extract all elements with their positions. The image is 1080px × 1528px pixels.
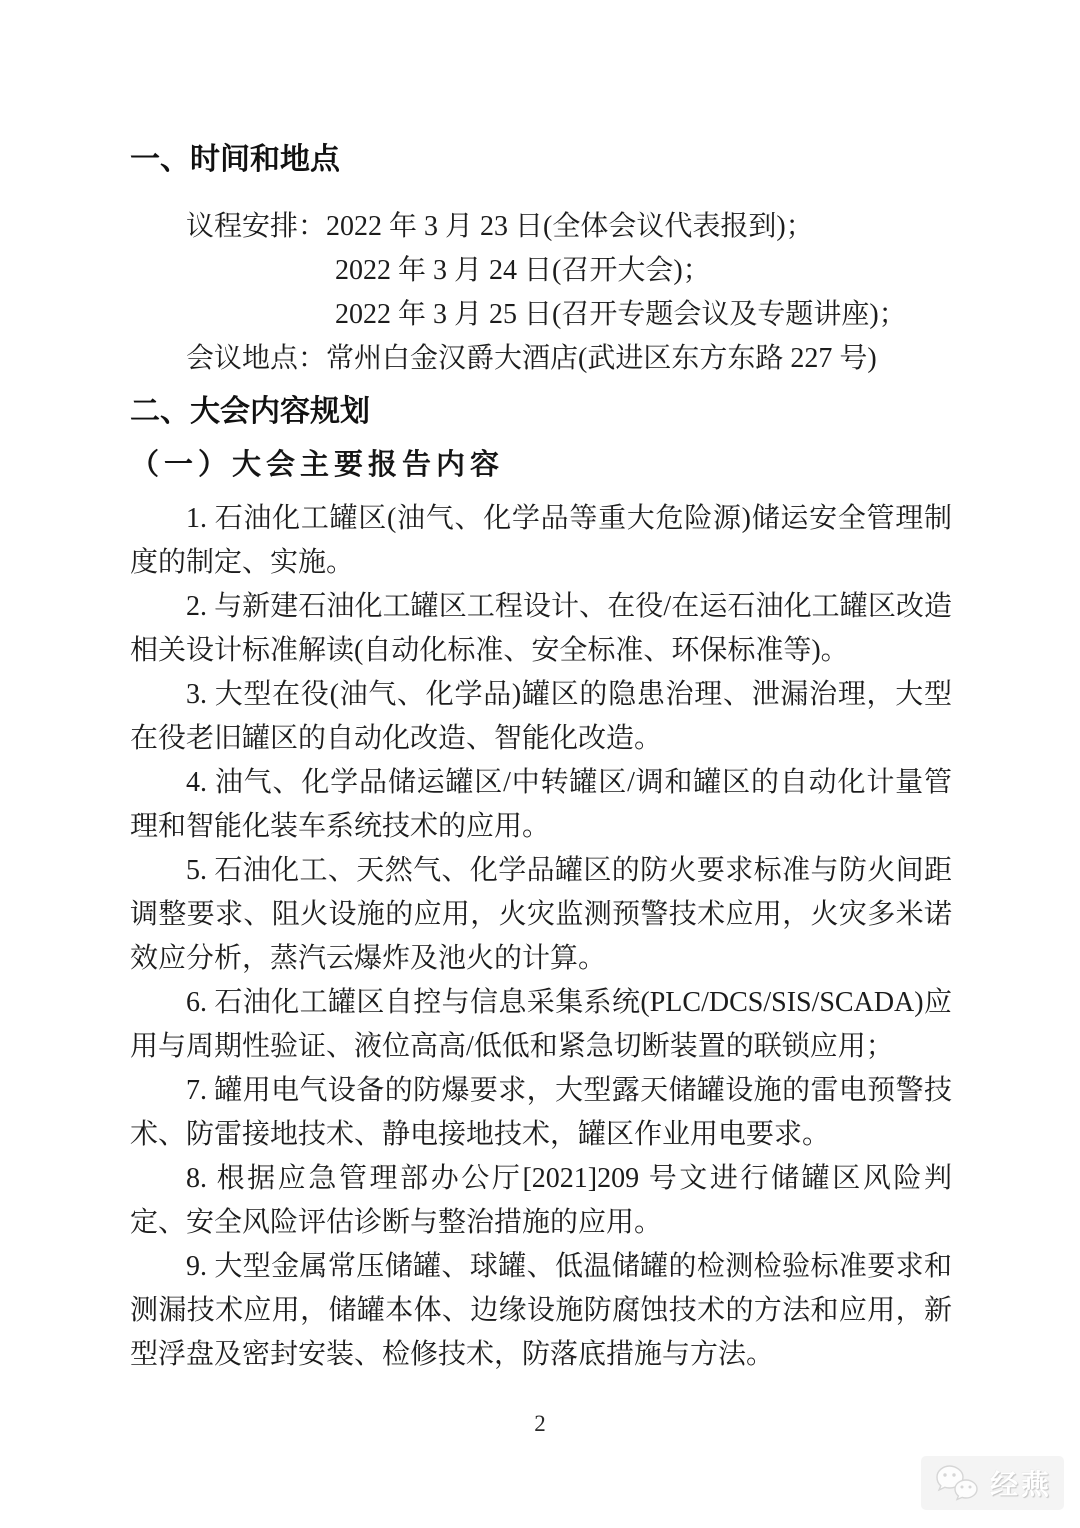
report-item-5: 5. 石油化工、天然气、化学品罐区的防火要求标准与防火间距调整要求、阻火设施的应… xyxy=(130,849,952,981)
report-item-1: 1. 石油化工罐区(油气、化学品等重大危险源)储运安全管理制度的制定、实施。 xyxy=(130,497,952,585)
section-heading-content-plan: 二、大会内容规划 xyxy=(130,395,952,429)
watermark-text: 经燕 xyxy=(990,1463,1052,1503)
report-item-2: 2. 与新建石油化工罐区工程设计、在役/在运石油化工罐区改造相关设计标准解读(自… xyxy=(130,585,952,673)
location-label: 会议地点： xyxy=(186,343,326,374)
schedule-item-3: 2022 年 3 月 25 日(召开专题会议及专题讲座)； xyxy=(335,293,952,337)
location-text: 常州白金汉爵大酒店(武进区东方东路 227 号) xyxy=(326,343,877,374)
report-item-6: 6. 石油化工罐区自控与信息采集系统(PLC/DCS/SIS/SCADA)应用与… xyxy=(130,981,952,1069)
report-item-9: 9. 大型金属常压储罐、球罐、低温储罐的检测检验标准要求和测漏技术应用，储罐本体… xyxy=(130,1245,952,1377)
wechat-icon xyxy=(933,1463,981,1503)
report-item-4: 4. 油气、化学品储运罐区/中转罐区/调和罐区的自动化计量管理和智能化装车系统技… xyxy=(130,761,952,849)
watermark: 经燕 xyxy=(921,1456,1064,1510)
schedule-line: 议程安排：2022 年 3 月 23 日(全体会议代表报到)； xyxy=(186,205,952,249)
report-item-8: 8. 根据应急管理部办公厅[2021]209 号文进行储罐区风险判定、安全风险评… xyxy=(130,1157,952,1245)
document-page: 一、时间和地点 议程安排：2022 年 3 月 23 日(全体会议代表报到)； … xyxy=(130,143,952,1377)
section-heading-time-location: 一、时间和地点 xyxy=(130,143,952,177)
schedule-label: 议程安排： xyxy=(186,211,326,242)
report-item-7: 7. 罐用电气设备的防爆要求，大型露天储罐设施的雷电预警技术、防雷接地技术、静电… xyxy=(130,1069,952,1157)
page-number: 2 xyxy=(0,1410,1080,1438)
schedule-item-1: 2022 年 3 月 23 日(全体会议代表报到)； xyxy=(326,211,814,242)
subsection-heading-main-reports: （一）大会主要报告内容 xyxy=(130,450,952,481)
schedule-item-2: 2022 年 3 月 24 日(召开大会)； xyxy=(335,249,952,293)
location-line: 会议地点：常州白金汉爵大酒店(武进区东方东路 227 号) xyxy=(186,337,952,381)
report-item-3: 3. 大型在役(油气、化学品)罐区的隐患治理、泄漏治理，大型在役老旧罐区的自动化… xyxy=(130,673,952,761)
